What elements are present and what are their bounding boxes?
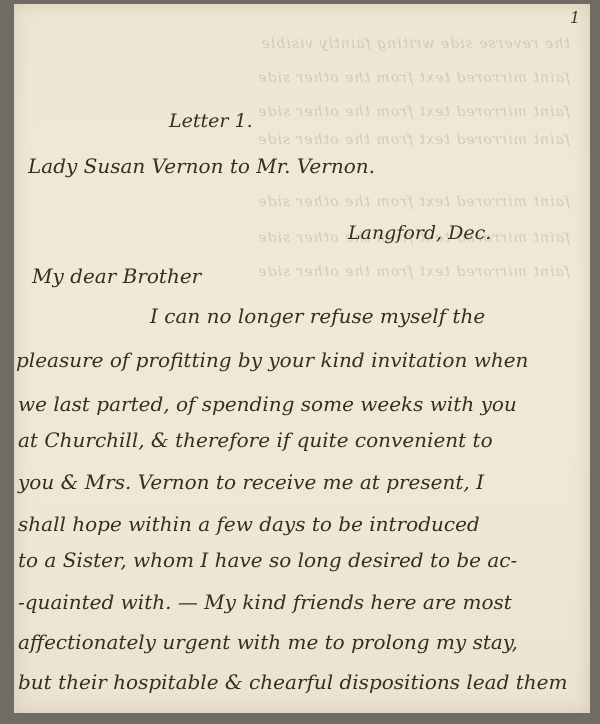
letter-heading: Letter 1. xyxy=(169,110,253,132)
body-line: at Churchill, & therefore if quite conve… xyxy=(18,428,493,452)
body-line: pleasure of profitting by your kind invi… xyxy=(16,348,528,372)
bleed-through-line: faint mirrored text from the other side xyxy=(44,132,570,148)
body-line: I can no longer refuse myself the xyxy=(150,304,485,328)
body-line: -quainted with. — My kind friends here a… xyxy=(18,590,512,614)
body-line: we last parted, of spending some weeks w… xyxy=(18,392,517,416)
bleed-through-line: faint mirrored text from the other side xyxy=(44,194,570,210)
bleed-through-line: faint mirrored text from the other side xyxy=(44,104,570,120)
greeting: My dear Brother xyxy=(32,264,201,288)
body-line: shall hope within a few days to be intro… xyxy=(18,512,480,536)
bleed-through-line: faint mirrored text from the other side xyxy=(44,70,570,86)
body-line: you & Mrs. Vernon to receive me at prese… xyxy=(18,470,484,494)
body-line: affectionately urgent with me to prolong… xyxy=(18,630,518,654)
body-line: to a Sister, whom I have so long desired… xyxy=(18,548,517,572)
letter-title: Lady Susan Vernon to Mr. Vernon. xyxy=(28,154,375,178)
bleed-through-line: the reverse side writing faintly visible xyxy=(44,36,570,52)
place-date: Langford, Dec. xyxy=(348,222,491,244)
page-number: 1 xyxy=(570,8,580,27)
manuscript-page: 1 the reverse side writing faintly visib… xyxy=(14,4,590,713)
body-line: but their hospitable & chearful disposit… xyxy=(18,670,567,694)
